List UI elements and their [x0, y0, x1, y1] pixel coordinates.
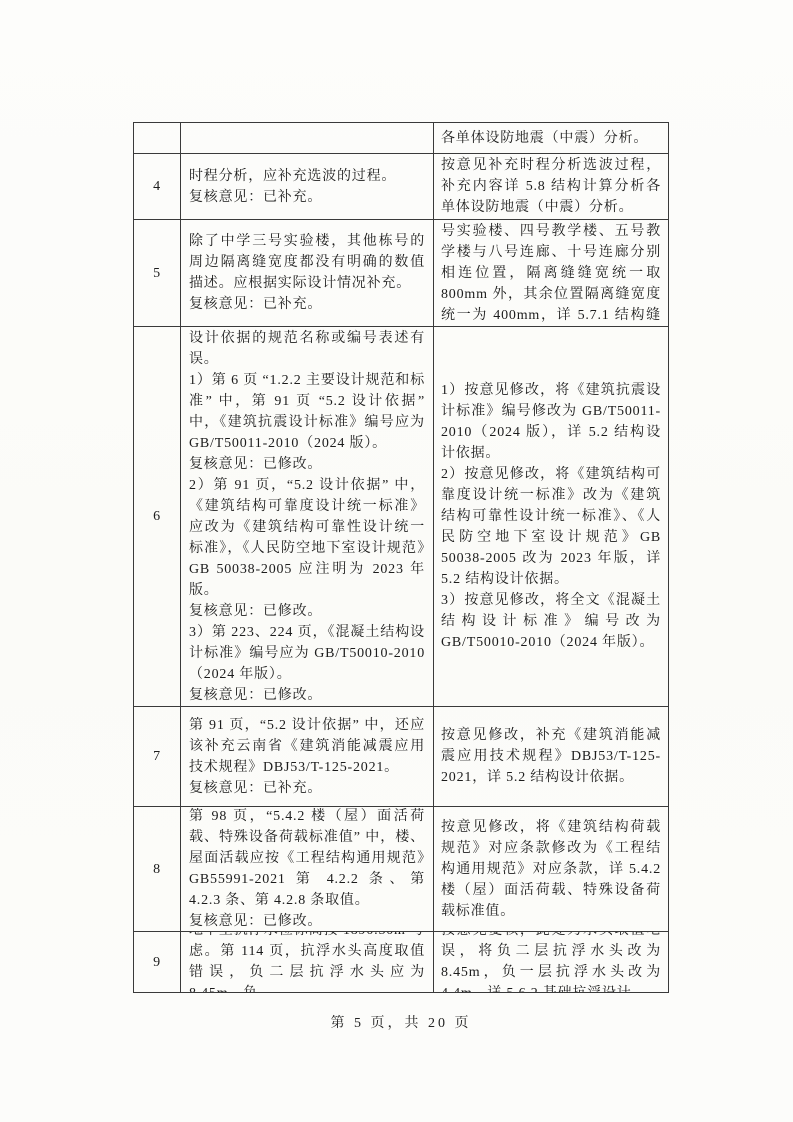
comment-cell: 设计依据的规范名称或编号表述有误。 1）第 6 页 “1.2.2 主要设计规范和… — [181, 327, 434, 706]
row-number-cell: 5 — [134, 220, 181, 326]
row-number-cell: 7 — [134, 707, 181, 806]
table-row-7: 7 第 91 页，“5.2 设计依据” 中，还应该补充云南省《建筑消能减震应用技… — [134, 706, 668, 806]
comment-text: 第 98 页，“5.4.2 楼（屋）面活荷载、特殊设备荷载标准值” 中，楼、屋面… — [189, 807, 425, 931]
row-number: 5 — [153, 263, 161, 284]
row-number-cell: 9 — [134, 932, 181, 992]
page-footer: 第 5 页，共 20 页 — [133, 1012, 669, 1032]
comment-cell: 除了中学三号实验楼，其他栋号的周边隔离缝宽度都没有明确的数值描述。应根据实际设计… — [181, 220, 434, 326]
response-text: 按意见修改，将《建筑结构荷载规范》对应条款修改为《工程结构通用规范》对应条款，详… — [441, 817, 661, 922]
response-cell: 按意见修改，将《建筑结构荷载规范》对应条款修改为《工程结构通用规范》对应条款，详… — [434, 807, 668, 931]
table-row-4: 4 时程分析，应补充选波的过程。 复核意见：已补充。 按意见补充时程分析选波过程… — [134, 153, 668, 219]
table-row-6: 6 设计依据的规范名称或编号表述有误。 1）第 6 页 “1.2.2 主要设计规… — [134, 326, 668, 706]
response-text: 按意见补充，除二号宿舍楼、三号实验楼、四号教学楼、五号教学楼与八号连廊、十号连廊… — [441, 220, 661, 326]
row-number-cell: 6 — [134, 327, 181, 706]
response-cell: 按意见复核，此处为水头取值笔误，将负二层抗浮水头改为 8.45m，负一层抗浮水头… — [434, 932, 668, 992]
comment-cell: 时程分析，应补充选波的过程。 复核意见：已补充。 — [181, 154, 434, 219]
table-row-continuation: 各单体设防地震（中震）分析。 — [134, 123, 668, 153]
response-text: 1）按意见修改，将《建筑抗震设计标准》编号修改为 GB/T50011-2010（… — [441, 380, 661, 653]
row-number: 9 — [153, 952, 161, 973]
comment-text: 除了中学三号实验楼，其他栋号的周边隔离缝宽度都没有明确的数值描述。应根据实际设计… — [189, 231, 425, 315]
comment-text: 第 91 页，“5.2 设计依据” 中，还应该补充云南省《建筑消能减震应用技术规… — [189, 715, 425, 799]
comment-text: 设计依据的规范名称或编号表述有误。 1）第 6 页 “1.2.2 主要设计规范和… — [189, 328, 425, 706]
comment-cell: 第 98 页，“5.4.2 楼（屋）面活荷载、特殊设备荷载标准值” 中，楼、屋面… — [181, 807, 434, 931]
table-row-9: 9 地下室抗浮水位标高按 1890.50m 考虑。第 114 页，抗浮水头高度取… — [134, 931, 668, 992]
row-number-cell: 4 — [134, 154, 181, 219]
response-cell: 按意见修改，补充《建筑消能减震应用技术规程》DBJ53/T-125-2021，详… — [434, 707, 668, 806]
comment-text: 时程分析，应补充选波的过程。 复核意见：已补充。 — [189, 166, 425, 208]
row-number: 4 — [153, 176, 161, 197]
comment-cell: 第 91 页，“5.2 设计依据” 中，还应该补充云南省《建筑消能减震应用技术规… — [181, 707, 434, 806]
response-cell: 按意见补充，除二号宿舍楼、三号实验楼、四号教学楼、五号教学楼与八号连廊、十号连廊… — [434, 220, 668, 326]
row-number: 6 — [153, 506, 161, 527]
table-row-8: 8 第 98 页，“5.4.2 楼（屋）面活荷载、特殊设备荷载标准值” 中，楼、… — [134, 806, 668, 931]
row-number-cell: 8 — [134, 807, 181, 931]
comment-cell: 地下室抗浮水位标高按 1890.50m 考虑。第 114 页，抗浮水头高度取值错… — [181, 932, 434, 992]
response-cell: 各单体设防地震（中震）分析。 — [434, 123, 668, 153]
comment-text: 地下室抗浮水位标高按 1890.50m 考虑。第 114 页，抗浮水头高度取值错… — [189, 932, 425, 992]
response-text: 按意见修改，补充《建筑消能减震应用技术规程》DBJ53/T-125-2021，详… — [441, 725, 661, 788]
row-number: 8 — [153, 859, 161, 880]
row-number: 7 — [153, 746, 161, 767]
response-cell: 按意见补充时程分析选波过程，补充内容详 5.8 结构计算分析各单体设防地震（中震… — [434, 154, 668, 219]
response-cell: 1）按意见修改，将《建筑抗震设计标准》编号修改为 GB/T50011-2010（… — [434, 327, 668, 706]
response-text: 按意见复核，此处为水头取值笔误，将负二层抗浮水头改为 8.45m，负一层抗浮水头… — [441, 932, 661, 992]
comment-cell — [181, 123, 434, 153]
table-row-5: 5 除了中学三号实验楼，其他栋号的周边隔离缝宽度都没有明确的数值描述。应根据实际… — [134, 219, 668, 326]
review-comments-table: 各单体设防地震（中震）分析。 4 时程分析，应补充选波的过程。 复核意见：已补充… — [133, 122, 669, 993]
response-text: 按意见补充时程分析选波过程，补充内容详 5.8 结构计算分析各单体设防地震（中震… — [441, 155, 661, 218]
scanned-document-page: 各单体设防地震（中震）分析。 4 时程分析，应补充选波的过程。 复核意见：已补充… — [0, 0, 793, 1122]
row-number-cell — [134, 123, 181, 153]
response-text: 各单体设防地震（中震）分析。 — [441, 128, 661, 149]
